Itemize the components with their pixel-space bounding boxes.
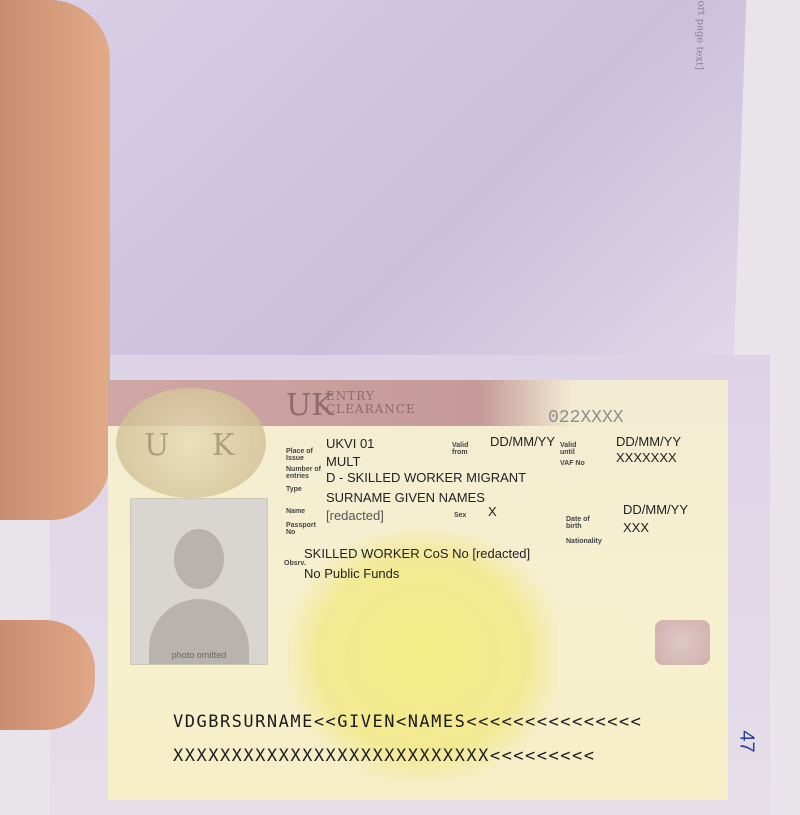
passport-upper-page: [passport page text] — [34, 0, 747, 360]
name-value: SURNAME GIVEN NAMES — [326, 490, 485, 505]
photo-placeholder: photo omitted — [130, 498, 268, 665]
observations-label: Obsrv. — [284, 560, 306, 567]
thumb — [0, 620, 95, 730]
nationality-value: XXX — [623, 520, 649, 535]
nationality-label: Nationality — [566, 538, 602, 545]
valid-from-value: DD/MM/YY — [490, 434, 555, 449]
mrz-line-1: VDGBRSURNAME<<GIVEN<NAMES<<<<<<<<<<<<<<< — [173, 712, 642, 732]
observations-line-1: SKILLED WORKER CoS No [redacted] — [304, 546, 530, 561]
photo-placeholder-note: photo omitted — [131, 650, 267, 660]
visa-title: ENTRY CLEARANCE — [326, 390, 416, 416]
silhouette-head — [174, 529, 224, 589]
vaf-value: XXXXXXX — [616, 450, 677, 465]
entries-label: Number of entries — [286, 466, 326, 480]
place-of-issue-label: Place of Issue — [286, 448, 326, 462]
page-watermark-text: [passport page text] — [693, 0, 708, 70]
passport-no-value: [redacted] — [326, 508, 384, 523]
passport-no-label: Passport No — [286, 522, 326, 536]
place-of-issue-value: UKVI 01 — [326, 436, 374, 451]
type-label: Type — [286, 486, 302, 493]
vaf-label: VAF No — [560, 460, 588, 467]
uk-crest-emblem: UK — [116, 388, 266, 498]
sex-value: X — [488, 504, 497, 519]
valid-until-value: DD/MM/YY — [616, 434, 681, 449]
mrz-line-2: XXXXXXXXXXXXXXXXXXXXXXXXXXX<<<<<<<<< — [173, 746, 595, 766]
serial-number: 022XXXX — [548, 408, 624, 428]
type-value: D - SKILLED WORKER MIGRANT — [326, 470, 526, 485]
observations-line-2: No Public Funds — [304, 566, 399, 581]
dob-value: DD/MM/YY — [623, 502, 688, 517]
visa-vignette: UK UK ENTRY CLEARANCE 022XXXX Place of I… — [108, 380, 728, 800]
entries-value: MULT — [326, 454, 360, 469]
valid-until-label: Valid until — [560, 442, 588, 456]
small-royal-crest — [655, 620, 710, 665]
page-number: 47 — [735, 730, 758, 752]
name-label: Name — [286, 508, 305, 515]
sex-label: Sex — [454, 512, 466, 519]
finger — [0, 0, 110, 520]
valid-from-label: Valid from — [452, 442, 482, 456]
dob-label: Date of birth — [566, 516, 606, 530]
